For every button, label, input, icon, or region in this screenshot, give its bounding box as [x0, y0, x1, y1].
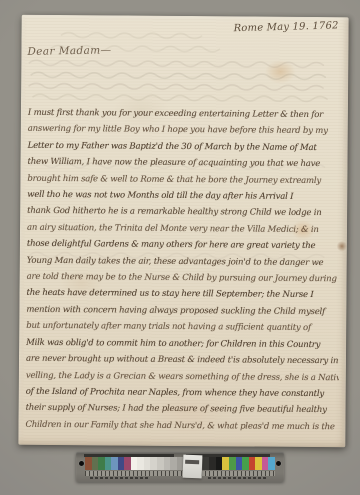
photograph: Rome May 19. 1762 Dear Madam— I must fir… — [0, 0, 360, 495]
letter-salutation: Dear Madam— — [27, 44, 111, 58]
calibration-label-sticker — [183, 455, 203, 479]
letter-line: but unfortunately after many trials not … — [26, 318, 339, 337]
letter-line: are never brought up without a Breast & … — [26, 351, 339, 370]
calibration-caption — [208, 477, 266, 479]
letter-line: those delightful Gardens & many others f… — [27, 236, 340, 255]
calibration-ruler — [85, 471, 275, 476]
color-calibration-bar — [76, 452, 284, 482]
calibration-caption — [90, 477, 148, 479]
calibration-hole — [276, 461, 281, 466]
letter-page: Rome May 19. 1762 Dear Madam— I must fir… — [18, 15, 348, 448]
sticker-mark — [185, 460, 199, 464]
color-patch — [268, 457, 275, 470]
letter-line: thew William, I have now the pleasure of… — [27, 154, 340, 173]
letter-line: their supply of Nurses; I had the pleasu… — [26, 400, 339, 419]
letter-body: I must first thank you for your exceedin… — [25, 105, 341, 436]
letter-line: Children in our Family that she had Nurs… — [25, 416, 338, 435]
color-patch-row — [85, 457, 275, 470]
calibration-hole — [79, 461, 84, 466]
